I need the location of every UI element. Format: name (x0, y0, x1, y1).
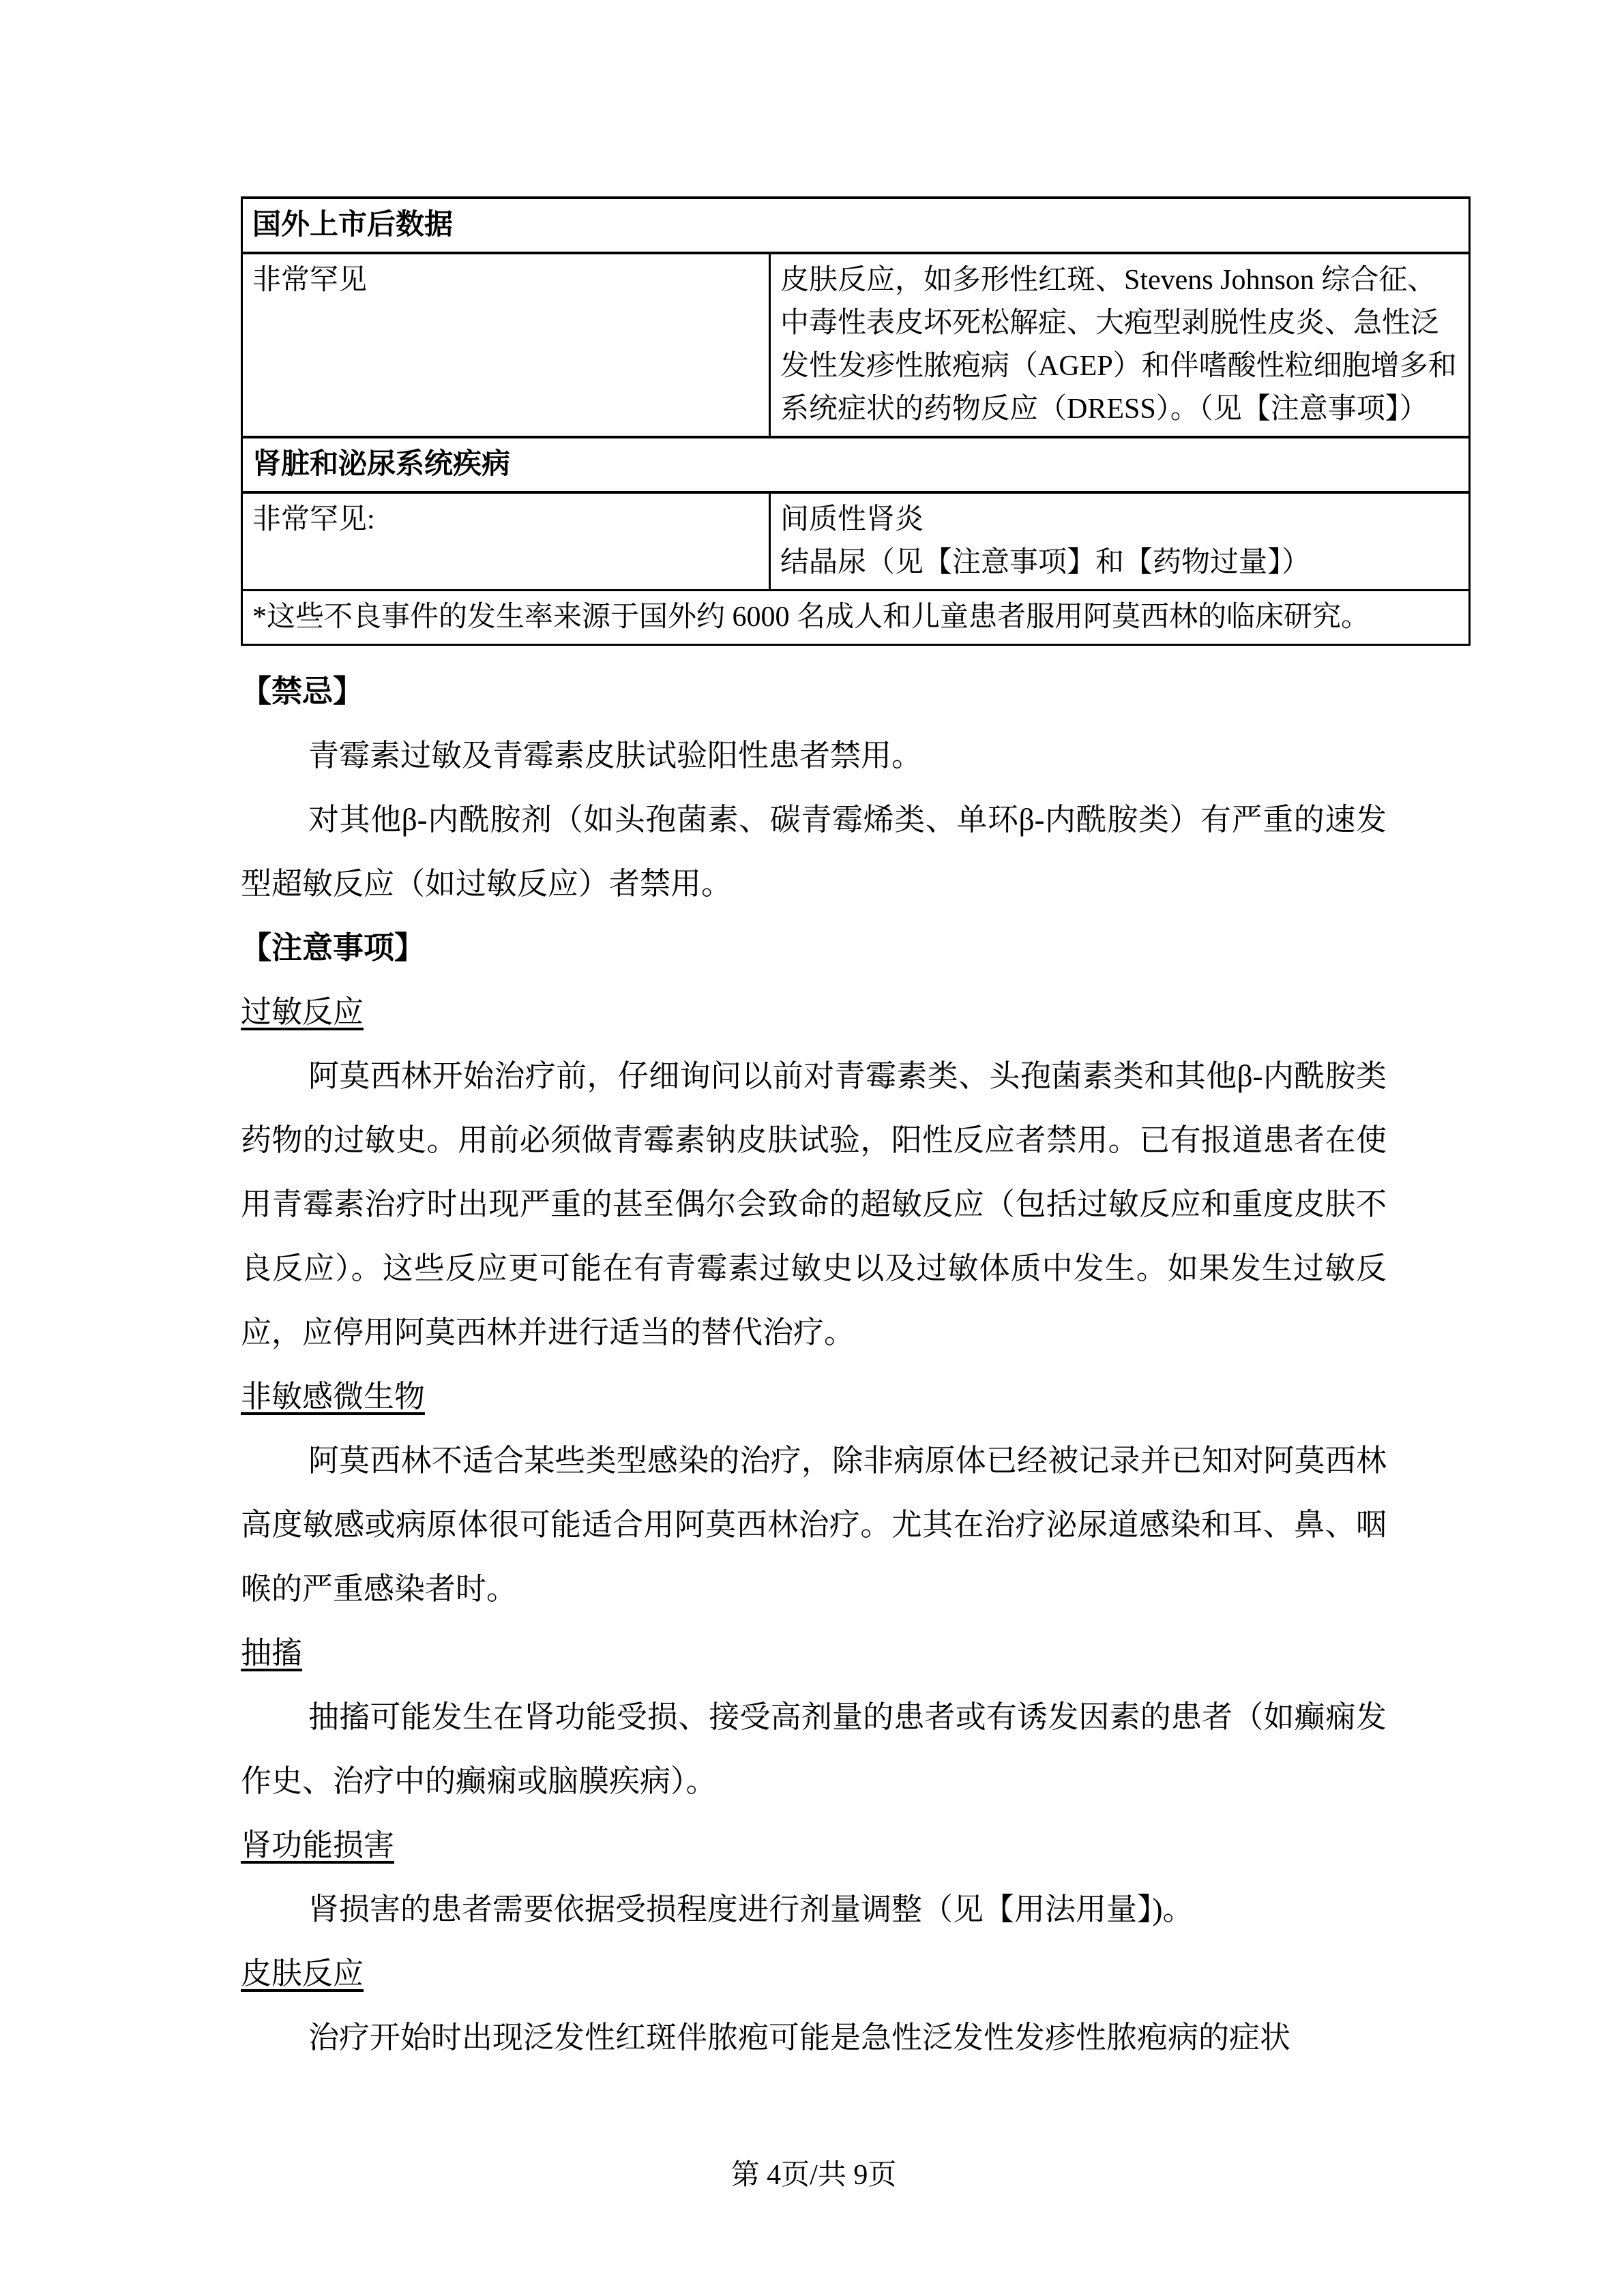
subheading-nonsusceptible-organisms: 非敏感微生物 (241, 1365, 1387, 1429)
table-row-category-foreign-postmarketing: 国外上市后数据 (242, 198, 1470, 253)
subheading-hypersensitivity: 过敏反应 (241, 980, 1387, 1044)
table-row-skin-reactions: 非常罕见 皮肤反应，如多形性红斑、Stevens Johnson 综合征、中毒性… (242, 253, 1470, 437)
paragraph-hypersensitivity: 阿莫西林开始治疗前，仔细询问以前对青霉素类、头孢菌素类和其他β-内酰胺类药物的过… (241, 1044, 1387, 1365)
frequency-cell: 非常罕见: (242, 492, 770, 591)
category-cell: 肾脏和泌尿系统疾病 (242, 437, 1470, 492)
paragraph-convulsions: 抽搐可能发生在肾功能受损、接受高剂量的患者或有诱发因素的患者（如癫痫发作史、治疗… (241, 1685, 1387, 1813)
paragraph-renal-impairment: 肾损害的患者需要依据受损程度进行剂量调整（见【用法用量】)。 (241, 1877, 1387, 1941)
page-footer: 第 4页/共 9页 (241, 2155, 1387, 2196)
paragraph-nonsusceptible-organisms: 阿莫西林不适合某些类型感染的治疗，除非病原体已经被记录并已知对阿莫西林高度敏感或… (241, 1429, 1387, 1621)
paragraph-skin-reactions: 治疗开始时出现泛发性红斑伴脓疱可能是急性泛发性发疹性脓疱病的症状 (241, 2006, 1387, 2070)
reaction-line: 结晶尿（见【注意事项】和【药物过量】） (780, 541, 1459, 584)
paragraph-contraindications-1: 青霉素过敏及青霉素皮肤试验阳性患者禁用。 (241, 724, 1387, 788)
section-title-precautions: 【注意事项】 (241, 916, 1387, 980)
subheading-skin-reactions: 皮肤反应 (241, 1941, 1387, 2006)
subheading-convulsions: 抽搐 (241, 1621, 1387, 1685)
reaction-line: 间质性肾炎 (780, 498, 1459, 541)
reaction-description-cell: 皮肤反应，如多形性红斑、Stevens Johnson 综合征、中毒性表皮坏死松… (770, 253, 1470, 437)
page-content: 国外上市后数据 非常罕见 皮肤反应，如多形性红斑、Stevens Johnson… (241, 196, 1387, 2070)
footnote-cell: *这些不良事件的发生率来源于国外约 6000 名成人和儿童患者服用阿莫西林的临床… (242, 591, 1470, 645)
adverse-events-table: 国外上市后数据 非常罕见 皮肤反应，如多形性红斑、Stevens Johnson… (241, 196, 1471, 646)
section-title-contraindications: 【禁忌】 (241, 659, 1387, 724)
table-row-footnote: *这些不良事件的发生率来源于国外约 6000 名成人和儿童患者服用阿莫西林的临床… (242, 591, 1470, 645)
table-row-category-renal-urinary: 肾脏和泌尿系统疾病 (242, 437, 1470, 492)
subheading-renal-impairment: 肾功能损害 (241, 1813, 1387, 1877)
category-cell: 国外上市后数据 (242, 198, 1470, 253)
table-row-renal-reactions: 非常罕见: 间质性肾炎 结晶尿（见【注意事项】和【药物过量】） (242, 492, 1470, 591)
reaction-description-cell: 间质性肾炎 结晶尿（见【注意事项】和【药物过量】） (770, 492, 1470, 591)
paragraph-contraindications-2: 对其他β-内酰胺剂（如头孢菌素、碳青霉烯类、单环β-内酰胺类）有严重的速发型超敏… (241, 788, 1387, 916)
frequency-cell: 非常罕见 (242, 253, 770, 437)
